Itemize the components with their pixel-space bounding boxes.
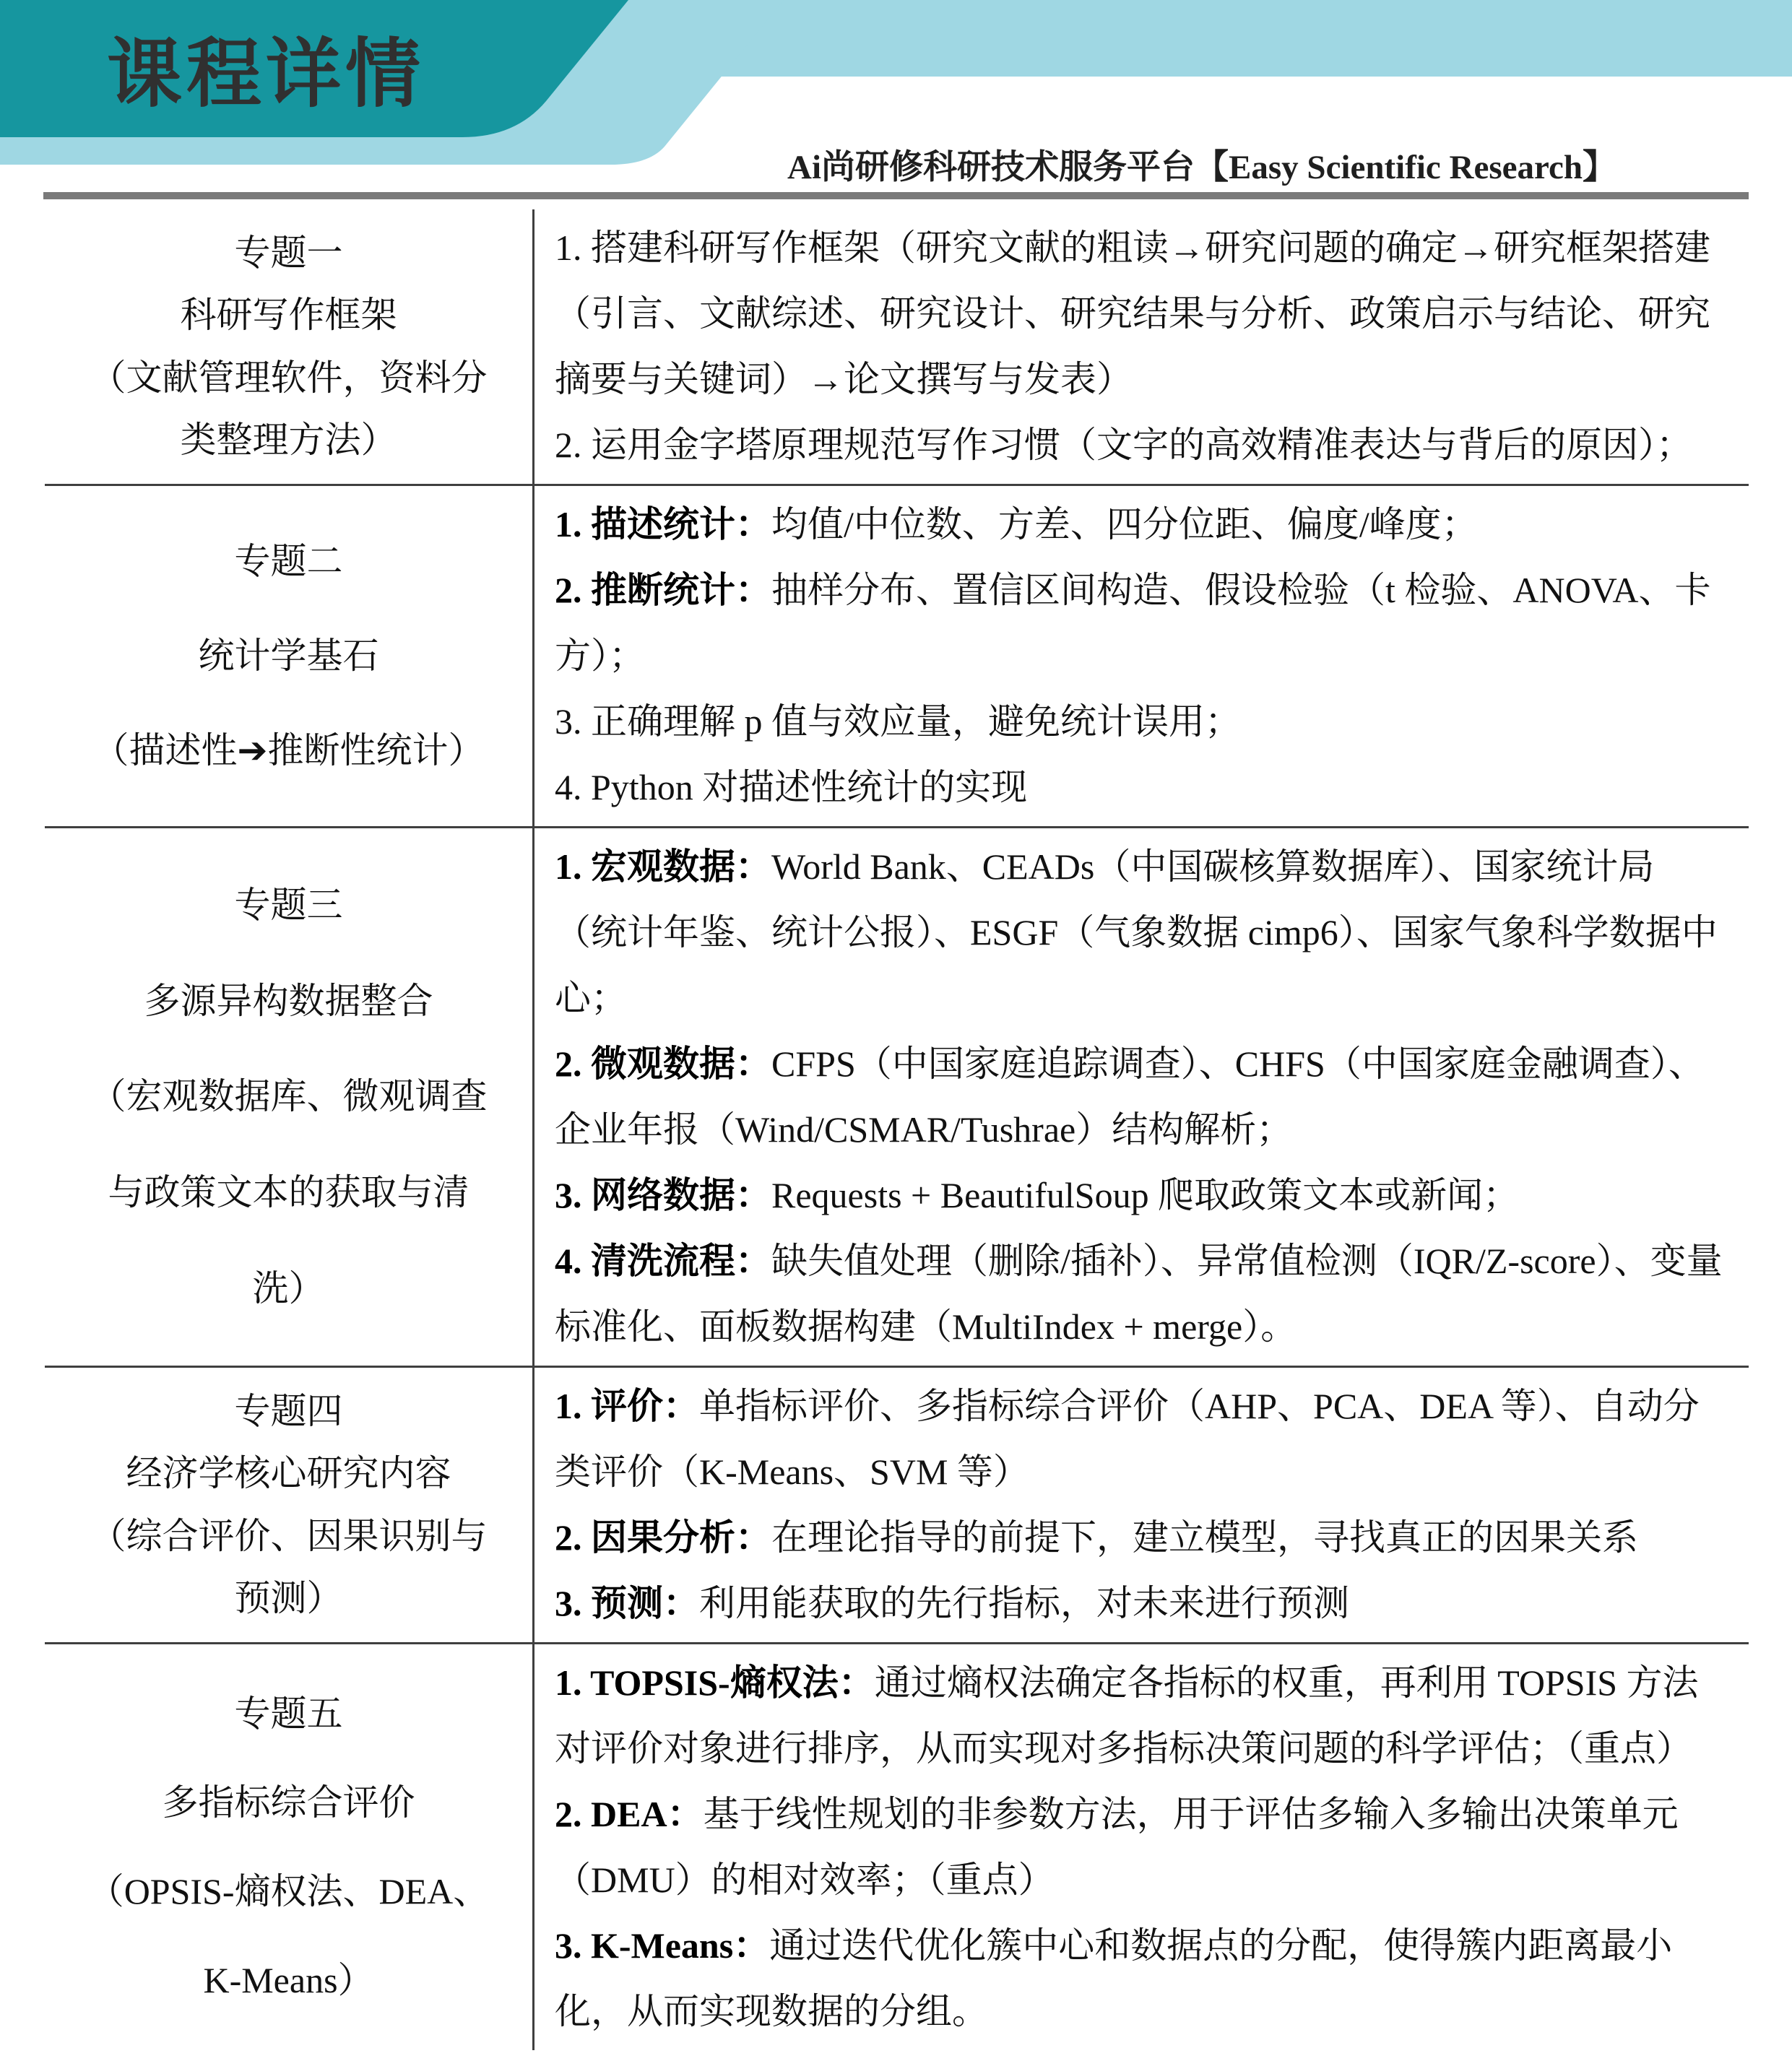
topic-cell: 专题五 多指标综合评价 （OPSIS-熵权法、DEA、 K-Means）: [45, 1644, 534, 2050]
content-item-text: 3. 正确理解 p 值与效应量，避免统计误用；: [555, 701, 1241, 742]
content-item-label: 1. 宏观数据：: [555, 846, 771, 887]
content-item-text: 4. Python 对描述性统计的实现: [555, 767, 1027, 807]
topic-line: 专题五: [235, 1691, 343, 1737]
topic-line: （OPSIS-熵权法、DEA、: [88, 1868, 490, 1915]
content-cell: 1. 描述统计：均值/中位数、方差、四分位距、偏度/峰度； 2. 推断统计：抽样…: [534, 486, 1749, 826]
content-item-text: 单指标评价、多指标综合评价（AHP、PCA、DEA 等）、自动分类评价（K-Me…: [555, 1386, 1700, 1492]
content-item-label: 2. 微观数据：: [555, 1043, 771, 1084]
content-item: 3. 预测：利用能获取的先行指标，对未来进行预测: [555, 1571, 1723, 1636]
content-cell: 1. TOPSIS-熵权法：通过熵权法确定各指标的权重，再利用 TOPSIS 方…: [534, 1644, 1749, 2050]
content-item: 3. 正确理解 p 值与效应量，避免统计误用；: [555, 689, 1723, 755]
topic-line: 科研写作框架: [181, 292, 397, 339]
topic-line: 洗）: [253, 1265, 325, 1312]
topic-cell: 专题一 科研写作框架 （文献管理软件，资料分 类整理方法）: [45, 209, 534, 484]
topic-line: （文献管理软件，资料分: [90, 355, 488, 402]
topic-line: 专题三: [235, 882, 343, 929]
content-item: 1. 描述统计：均值/中位数、方差、四分位距、偏度/峰度；: [555, 492, 1723, 557]
topic-line: 多源异构数据整合: [144, 978, 433, 1025]
content-item-label: 3. 网络数据：: [555, 1175, 771, 1215]
topic-line: 预测）: [235, 1575, 343, 1622]
platform-title: Ai尚研修科研技术服务平台【Easy Scientific Research】: [787, 140, 1616, 188]
content-item-label: 1. 描述统计：: [555, 504, 771, 544]
content-item: 4. Python 对描述性统计的实现: [555, 755, 1723, 820]
table-row: 专题五 多指标综合评价 （OPSIS-熵权法、DEA、 K-Means） 1. …: [45, 1644, 1749, 2050]
content-item: 4. 清洗流程：缺失值处理（删除/插补）、异常值检测（IQR/Z-score）、…: [555, 1228, 1723, 1360]
content-item: 1. 搭建科研写作框架（研究文献的粗读→研究问题的确定→研究框架搭建（引言、文献…: [555, 215, 1723, 412]
content-cell: 1. 搭建科研写作框架（研究文献的粗读→研究问题的确定→研究框架搭建（引言、文献…: [534, 209, 1749, 484]
content-item-label: 2. DEA：: [555, 1794, 704, 1834]
topic-line: K-Means）: [203, 1957, 373, 2004]
content-item: 2. 因果分析：在理论指导的前提下，建立模型，寻找真正的因果关系: [555, 1505, 1723, 1571]
table-row: 专题二 统计学基石 （描述性➔推断性统计） 1. 描述统计：均值/中位数、方差、…: [45, 486, 1749, 828]
content-item-text: 基于线性规划的非参数方法，用于评估多输入多输出决策单元（DMU）的相对效率；（重…: [555, 1794, 1679, 1900]
content-item-label: 2. 推断统计：: [555, 570, 771, 610]
content-item-text: 1. 搭建科研写作框架（研究文献的粗读→研究问题的确定→研究框架搭建（引言、文献…: [555, 227, 1710, 399]
course-table: 专题一 科研写作框架 （文献管理软件，资料分 类整理方法） 1. 搭建科研写作框…: [45, 209, 1749, 2050]
header-banner-graphic: 课程详情: [0, 0, 1792, 238]
content-item-label: 4. 清洗流程：: [555, 1241, 771, 1281]
topic-line: （综合评价、因果识别与: [90, 1513, 488, 1560]
content-item: 2. 推断统计：抽样分布、置信区间构造、假设检验（t 检验、ANOVA、卡方）；: [555, 557, 1723, 689]
header-divider-rule: [43, 192, 1749, 199]
header: 课程详情 Ai尚研修科研技术服务平台【Easy Scientific Resea…: [0, 0, 1792, 209]
content-item-label: 3. K-Means：: [555, 1925, 769, 1966]
content-cell: 1. 宏观数据：World Bank、CEADs（中国碳核算数据库）、国家统计局…: [534, 828, 1749, 1366]
topic-cell: 专题四 经济学核心研究内容 （综合评价、因果识别与 预测）: [45, 1368, 534, 1642]
content-item-text: 2. 运用金字塔原理规范写作习惯（文字的高效精准表达与背后的原因）；: [555, 425, 1692, 465]
content-item: 2. 运用金字塔原理规范写作习惯（文字的高效精准表达与背后的原因）；: [555, 412, 1723, 478]
table-row: 专题一 科研写作框架 （文献管理软件，资料分 类整理方法） 1. 搭建科研写作框…: [45, 209, 1749, 486]
content-item: 1. 评价：单指标评价、多指标综合评价（AHP、PCA、DEA 等）、自动分类评…: [555, 1374, 1723, 1505]
topic-line: （宏观数据库、微观调查: [90, 1073, 488, 1120]
content-item: 1. TOPSIS-熵权法：通过熵权法确定各指标的权重，再利用 TOPSIS 方…: [555, 1650, 1723, 1782]
table-row: 专题四 经济学核心研究内容 （综合评价、因果识别与 预测） 1. 评价：单指标评…: [45, 1368, 1749, 1644]
content-item-label: 2. 因果分析：: [555, 1517, 771, 1558]
topic-line: 经济学核心研究内容: [126, 1450, 451, 1497]
content-item-label: 3. 预测：: [555, 1583, 699, 1623]
table-row: 专题三 多源异构数据整合 （宏观数据库、微观调查 与政策文本的获取与清 洗） 1…: [45, 828, 1749, 1368]
content-item-text: 利用能获取的先行指标，对未来进行预测: [699, 1583, 1349, 1623]
content-item: 3. 网络数据：Requests + BeautifulSoup 爬取政策文本或…: [555, 1163, 1723, 1228]
content-item: 2. 微观数据：CFPS（中国家庭追踪调查）、CHFS（中国家庭金融调查）、企业…: [555, 1031, 1723, 1163]
content-item-label: 1. 评价：: [555, 1386, 699, 1426]
topic-line: 类整理方法）: [181, 417, 397, 464]
content-item: 3. K-Means：通过迭代优化簇中心和数据点的分配，使得簇内距离最小化，从而…: [555, 1913, 1723, 2044]
content-item-text: 在理论指导的前提下，建立模型，寻找真正的因果关系: [771, 1517, 1638, 1558]
topic-line: （描述性➔推断性统计）: [93, 727, 485, 774]
content-item: 1. 宏观数据：World Bank、CEADs（中国碳核算数据库）、国家统计局…: [555, 834, 1723, 1031]
content-item-text: 均值/中位数、方差、四分位距、偏度/峰度；: [771, 504, 1478, 544]
topic-cell: 专题三 多源异构数据整合 （宏观数据库、微观调查 与政策文本的获取与清 洗）: [45, 828, 534, 1366]
topic-cell: 专题二 统计学基石 （描述性➔推断性统计）: [45, 486, 534, 826]
content-item: 2. DEA：基于线性规划的非参数方法，用于评估多输入多输出决策单元（DMU）的…: [555, 1782, 1723, 1913]
topic-line: 与政策文本的获取与清: [108, 1169, 469, 1216]
topic-line: 多指标综合评价: [163, 1779, 415, 1826]
topic-line: 统计学基石: [199, 633, 379, 680]
content-cell: 1. 评价：单指标评价、多指标综合评价（AHP、PCA、DEA 等）、自动分类评…: [534, 1368, 1749, 1642]
topic-line: 专题二: [235, 538, 343, 585]
topic-line: 专题四: [235, 1388, 343, 1435]
content-item-label: 1. TOPSIS-熵权法：: [555, 1662, 875, 1703]
content-item-text: Requests + BeautifulSoup 爬取政策文本或新闻；: [771, 1175, 1519, 1215]
page-title: 课程详情: [107, 30, 425, 118]
